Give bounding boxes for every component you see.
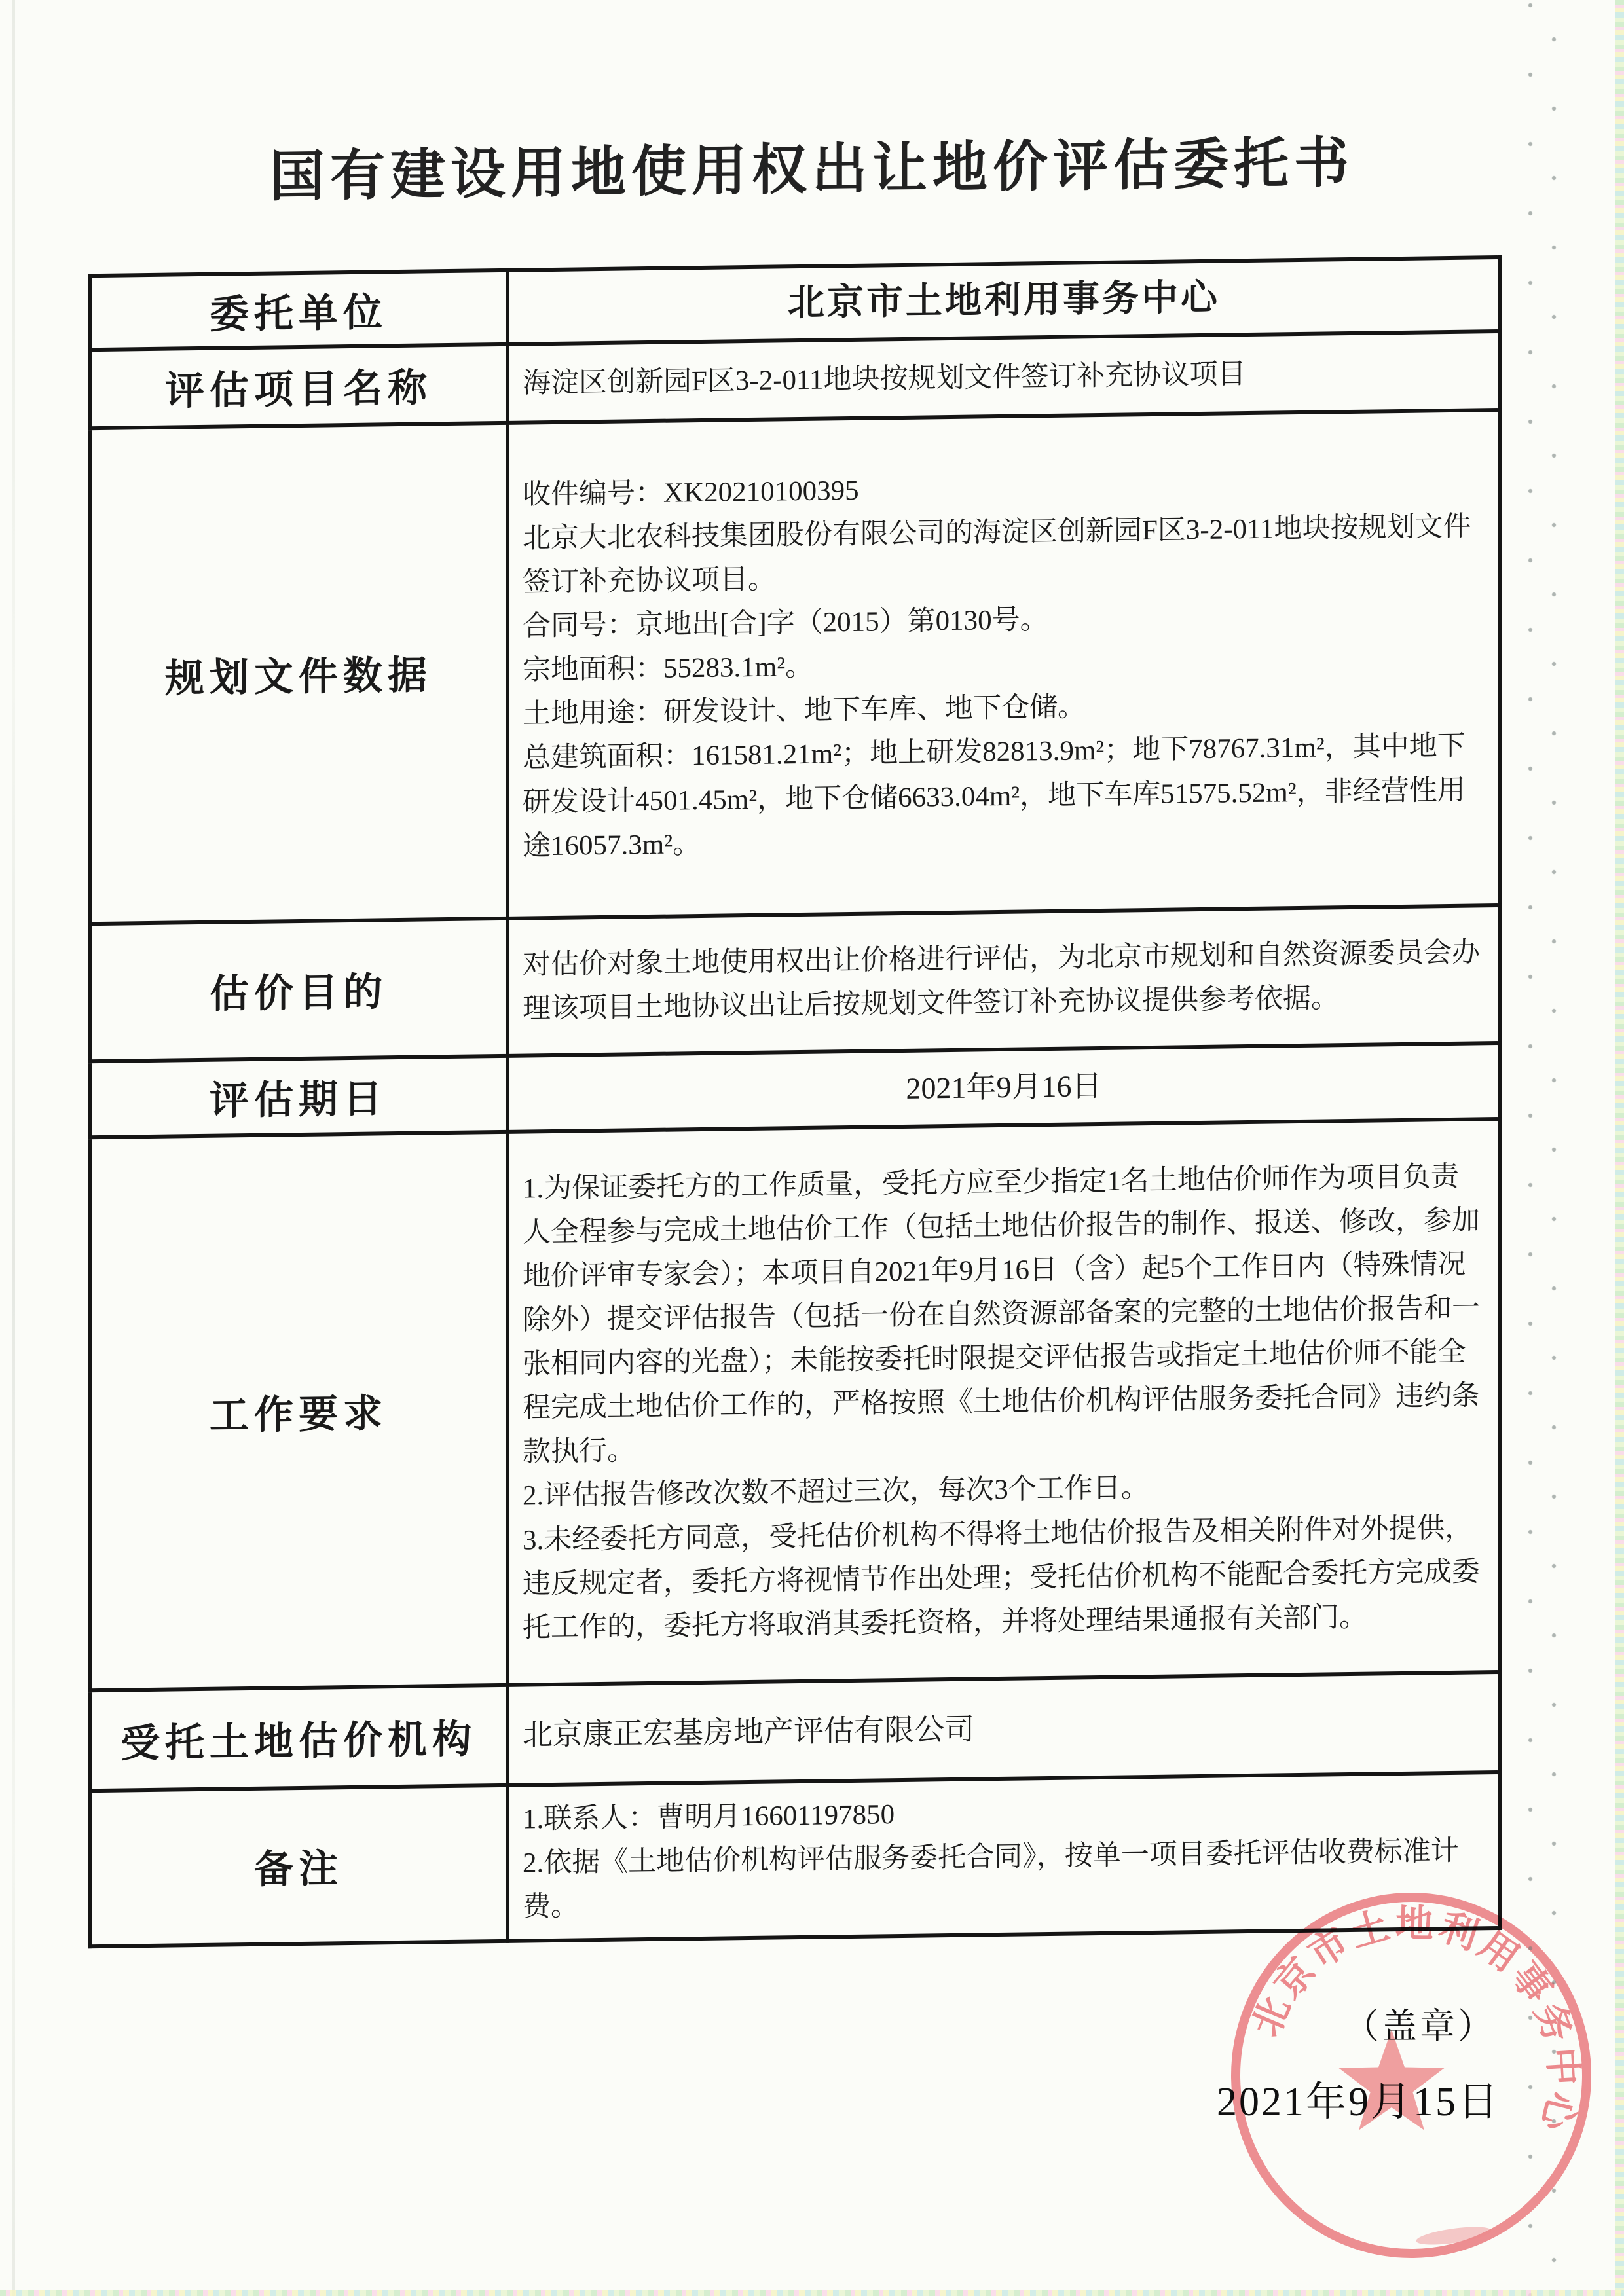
scan-noise-bottom xyxy=(0,2290,1624,2296)
row-value: 海淀区创新园F区3-2-011地块按规划文件签订补充协议项目 xyxy=(507,331,1500,423)
row-value-paragraph: 北京市土地利用事务中心 xyxy=(523,266,1485,336)
row-label: 估价目的 xyxy=(90,919,507,1061)
scan-noise-right xyxy=(1615,0,1624,2296)
row-value: 北京市土地利用事务中心 xyxy=(507,257,1500,344)
row-label: 评估期日 xyxy=(90,1056,507,1137)
row-value-paragraph: 3.未经委托方同意，受托估价机构不得将土地估价报告及相关附件对外提供，违反规定者… xyxy=(523,1506,1485,1650)
row-label: 评估项目名称 xyxy=(90,344,507,428)
table-row: 受托土地估价机构北京康正宏基房地产评估有限公司 xyxy=(90,1672,1500,1791)
row-value-paragraph: 北京康正宏基房地产评估有限公司 xyxy=(523,1699,1485,1758)
official-seal: 北京市土地利用事务中心 xyxy=(1225,1886,1604,2272)
scan-dots-column-2 xyxy=(1551,0,1557,2296)
row-label: 受托土地估价机构 xyxy=(90,1685,507,1791)
row-value: 对估价对象土地使用权出让价格进行评估，为北京市规划和自然资源委员会办理该项目土地… xyxy=(507,905,1500,1056)
scan-dots-column-1 xyxy=(1527,0,1534,2296)
row-value-paragraph: 总建筑面积：161581.21m²；地上研发82813.9m²；地下78767.… xyxy=(523,724,1485,868)
row-label: 工作要求 xyxy=(90,1132,507,1690)
row-label: 规划文件数据 xyxy=(90,423,507,924)
row-value: 1.为保证委托方的工作质量，受托方应至少指定1名土地估价师作为项目负责人全程参与… xyxy=(507,1119,1500,1685)
commission-table-body: 委托单位北京市土地利用事务中心评估项目名称海淀区创新园F区3-2-011地块按规… xyxy=(90,257,1500,1947)
commission-table: 委托单位北京市土地利用事务中心评估项目名称海淀区创新园F区3-2-011地块按规… xyxy=(88,255,1502,1949)
row-value-paragraph: 对估价对象土地使用权出让价格进行评估，为北京市规划和自然资源委员会办理该项目土地… xyxy=(523,931,1485,1031)
row-value: 2021年9月16日 xyxy=(507,1043,1500,1132)
row-value-paragraph: 海淀区创新园F区3-2-011地块按规划文件签订补充协议项目 xyxy=(523,349,1485,405)
row-label: 委托单位 xyxy=(90,270,507,350)
table-row: 工作要求1.为保证委托方的工作质量，受托方应至少指定1名土地估价师作为项目负责人… xyxy=(90,1119,1500,1690)
row-value: 北京康正宏基房地产评估有限公司 xyxy=(507,1672,1500,1785)
table-row: 规划文件数据收件编号：XK20210100395北京大北农科技集团股份有限公司的… xyxy=(90,410,1500,924)
table-row: 估价目的对估价对象土地使用权出让价格进行评估，为北京市规划和自然资源委员会办理该… xyxy=(90,905,1500,1061)
row-value: 收件编号：XK20210100395北京大北农科技集团股份有限公司的海淀区创新园… xyxy=(507,410,1500,919)
row-value-paragraph: 2021年9月16日 xyxy=(523,1058,1485,1118)
document-page: 国有建设用地使用权出让地价评估委托书 委托单位北京市土地利用事务中心评估项目名称… xyxy=(0,0,1624,2296)
seal-star-icon xyxy=(1338,2030,1445,2130)
scan-streak-left xyxy=(12,0,15,2296)
row-label: 备注 xyxy=(90,1785,507,1946)
row-value-paragraph: 1.为保证委托方的工作质量，受托方应至少指定1名土地估价师作为项目负责人全程参与… xyxy=(523,1154,1485,1474)
row-value-paragraph: 北京大北农科技集团股份有限公司的海淀区创新园F区3-2-011地块按规划文件签订… xyxy=(523,504,1485,604)
document-title: 国有建设用地使用权出让地价评估委托书 xyxy=(0,115,1624,215)
